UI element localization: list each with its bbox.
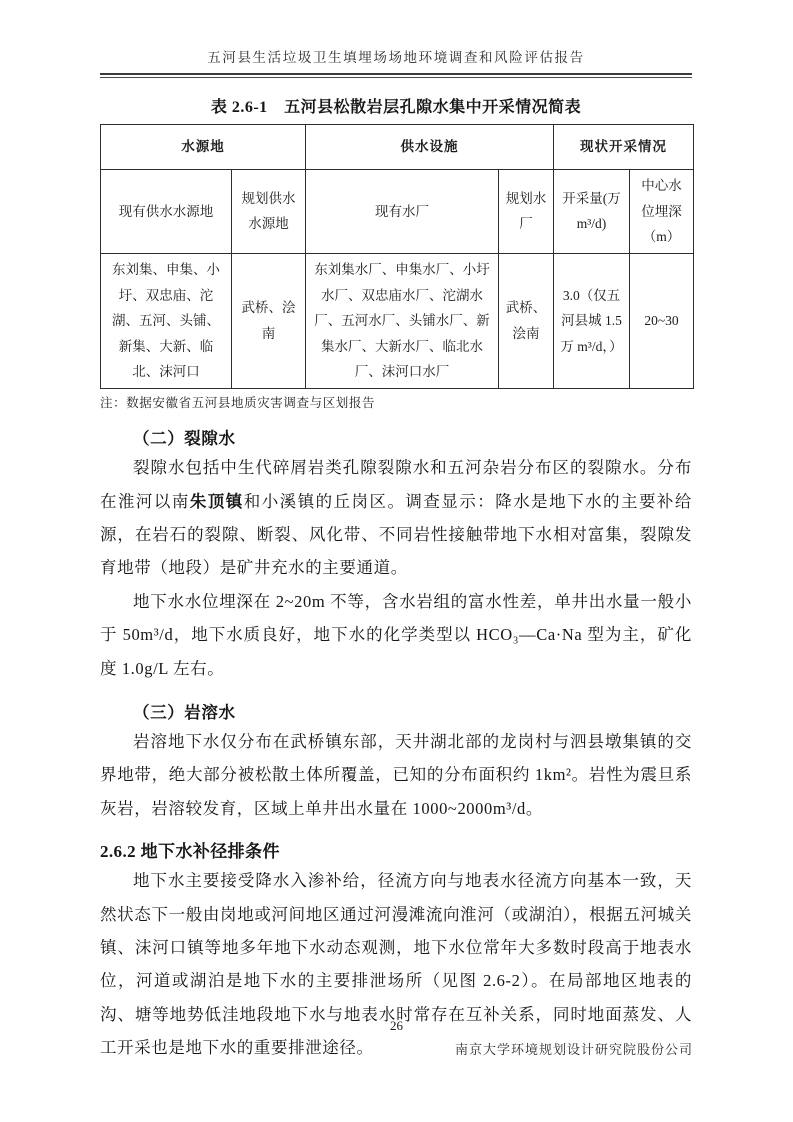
- cell-water-level-depth: 20~30: [630, 253, 694, 388]
- cell-planned-plants: 武桥、浍南: [499, 253, 554, 388]
- col-header-existing-source: 现有供水水源地: [101, 170, 232, 254]
- table-row: 东刘集、申集、小圩、双忠庙、沱湖、五河、头铺、新集、大新、临北、沫河口 武桥、浍…: [101, 253, 694, 388]
- col-header-extraction-volume: 开采量(万m³/d): [554, 170, 630, 254]
- group-header-current-extraction: 现状开采情况: [554, 125, 694, 170]
- section-heading-fissure-water: （二）裂隙水: [100, 425, 692, 449]
- table-title: 表 2.6-1 五河县松散岩层孔隙水集中开采情况简表: [100, 94, 692, 117]
- bold-place-name: 朱顶镇: [190, 492, 244, 511]
- paragraph-recharge-discharge: 地下水主要接受降水入渗补给，径流方向与地表水径流方向基本一致，天然状态下一般由岗…: [100, 864, 692, 1064]
- col-header-water-level-depth: 中心水位埋深（m）: [630, 170, 694, 254]
- document-page: 五河县生活垃圾卫生填埋场场地环境调查和风险评估报告 表 2.6-1 五河县松散岩…: [0, 0, 793, 1122]
- cell-existing-sources: 东刘集、申集、小圩、双忠庙、沱湖、五河、头铺、新集、大新、临北、沫河口: [101, 253, 232, 388]
- section-heading-karst-water: （三）岩溶水: [100, 699, 692, 723]
- paragraph-fissure-water-1: 裂隙水包括中生代碎屑岩类孔隙裂隙水和五河杂岩分布区的裂隙水。分布在淮河以南朱顶镇…: [100, 451, 692, 585]
- header-rule-line: [100, 73, 692, 78]
- running-header-title: 五河县生活垃圾卫生填埋场场地环境调查和风险评估报告: [100, 46, 692, 73]
- col-header-planned-plant: 规划水厂: [499, 170, 554, 254]
- cell-planned-sources: 武桥、浍南: [232, 253, 306, 388]
- paragraph-karst-water: 岩溶地下水仅分布在武桥镇东部，天井湖北部的龙岗村与泗县墩集镇的交界地带，绝大部分…: [100, 725, 692, 825]
- groundwater-extraction-table: 水源地 供水设施 现状开采情况 现有供水水源地 规划供水水源地 现有水厂 规划水…: [100, 124, 694, 389]
- cell-existing-plants: 东刘集水厂、申集水厂、小圩水厂、双忠庙水厂、沱湖水厂、五河水厂、头铺水厂、新集水…: [306, 253, 499, 388]
- footer-company-name: 南京大学环境规划设计研究院股份公司: [455, 1039, 693, 1058]
- paragraph-fissure-water-2: 地下水水位埋深在 2~20m 不等，含水岩组的富水性差，单井出水量一般小于 50…: [100, 585, 692, 685]
- group-header-supply-facility: 供水设施: [306, 125, 554, 170]
- section-heading-262-recharge-discharge: 2.6.2 地下水补径排条件: [100, 837, 692, 862]
- col-header-planned-source: 规划供水水源地: [232, 170, 306, 254]
- table-header-row: 现有供水水源地 规划供水水源地 现有水厂 规划水厂 开采量(万m³/d) 中心水…: [101, 170, 694, 254]
- cell-extraction-volume: 3.0（仅五河县城 1.5 万 m³/d，）: [554, 253, 630, 388]
- table-note: 注：数据安徽省五河县地质灾害调查与区划报告: [100, 393, 692, 411]
- group-header-water-source: 水源地: [101, 125, 306, 170]
- table-group-header-row: 水源地 供水设施 现状开采情况: [101, 125, 694, 170]
- page-number: 26: [0, 1018, 793, 1034]
- col-header-existing-plant: 现有水厂: [306, 170, 499, 254]
